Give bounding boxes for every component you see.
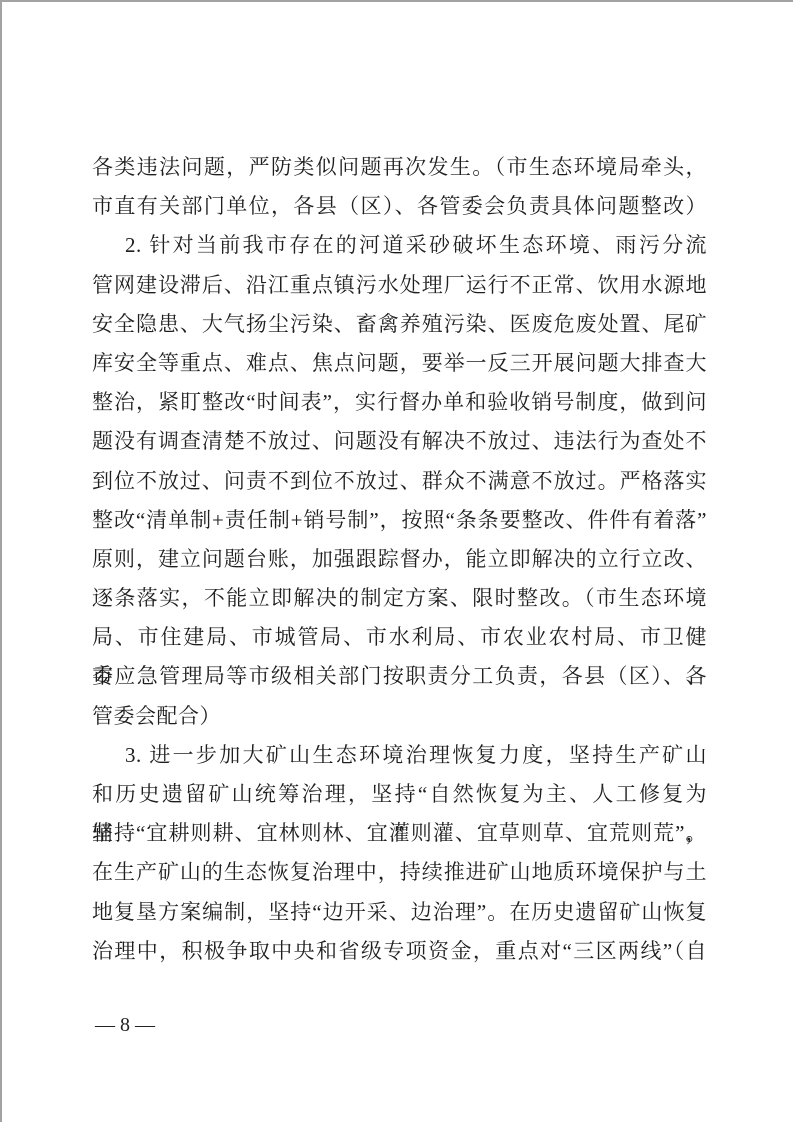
text-line: 局、市住建局、市城管局、市水利局、市农业农村局、市卫健委、 (92, 618, 707, 657)
text-line: 库安全等重点、难点、焦点问题，要举一反三开展问题大排查大 (92, 344, 707, 383)
text-line: 坚持“宜耕则耕、宜林则林、宜灌则灌、宜草则草、宜荒则荒”。 (92, 814, 707, 853)
text-line: 原则，建立问题台账，加强跟踪督办，能立即解决的立行立改、 (92, 540, 707, 579)
text-line: 逐条落实，不能立即解决的制定方案、限时整改。（市生态环境 (92, 579, 707, 618)
page-footer: — 8 — (95, 1010, 155, 1040)
text-line: 到位不放过、问责不到位不放过、群众不满意不放过。严格落实 (92, 462, 707, 501)
text-line: 管网建设滞后、沿江重点镇污水处理厂运行不正常、饮用水源地 (92, 266, 707, 305)
text-line-paragraph-start: 3. 进一步加大矿山生态环境治理恢复力度，坚持生产矿山 (92, 736, 707, 775)
text-line: 各类违法问题，严防类似问题再次发生。（市生态环境局牵头， (92, 148, 707, 187)
text-line: 安全隐患、大气扬尘污染、畜禽养殖污染、医废危废处置、尾矿 (92, 305, 707, 344)
text-line: 在生产矿山的生态恢复治理中，持续推进矿山地质环境保护与土 (92, 853, 707, 892)
text-line: 地复垦方案编制，坚持“边开采、边治理”。在历史遗留矿山恢复 (92, 893, 707, 932)
page-number: — 8 — (95, 1014, 155, 1036)
text-line: 市直有关部门单位，各县（区）、各管委会负责具体问题整改） (92, 187, 707, 226)
text-line: 治理中，积极争取中央和省级专项资金，重点对“三区两线”（自 (92, 932, 707, 971)
text-line: 整改“清单制+责任制+销号制”，按照“条条要整改、件件有着落” (92, 501, 707, 540)
text-line: 市应急管理局等市级相关部门按职责分工负责，各县（区）、各 (92, 657, 707, 696)
text-line: 题没有调查清楚不放过、问题没有解决不放过、违法行为查处不 (92, 422, 707, 461)
text-line-paragraph-end: 管委会配合） (92, 697, 707, 736)
text-line-paragraph-start: 2. 针对当前我市存在的河道采砂破坏生态环境、雨污分流 (92, 226, 707, 265)
text-line: 和历史遗留矿山统筹治理，坚持“自然恢复为主、人工修复为辅”， (92, 775, 707, 814)
text-line: 整治，紧盯整改“时间表”，实行督办单和验收销号制度，做到问 (92, 383, 707, 422)
document-body: 各类违法问题，严防类似问题再次发生。（市生态环境局牵头， 市直有关部门单位，各县… (92, 148, 707, 971)
document-page: 各类违法问题，严防类似问题再次发生。（市生态环境局牵头， 市直有关部门单位，各县… (0, 0, 793, 1122)
